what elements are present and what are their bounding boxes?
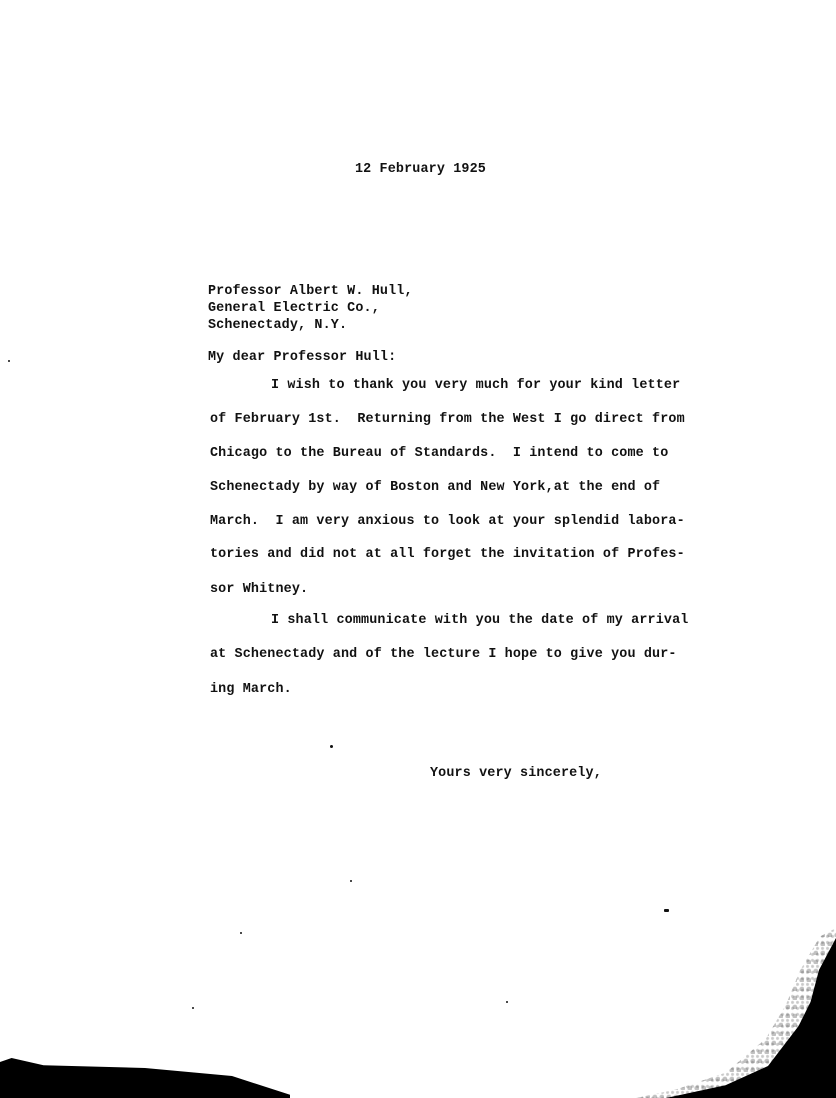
paragraph-line: tories and did not at all forget the inv… [210, 547, 685, 563]
recipient-name: Professor Albert W. Hull, [208, 284, 413, 300]
salutation: My dear Professor Hull: [208, 350, 396, 366]
letter-date: 12 February 1925 [355, 162, 486, 178]
letter-page: 12 February 1925 Professor Albert W. Hul… [0, 0, 836, 1098]
scan-speck [350, 880, 352, 882]
scan-speck [192, 1007, 194, 1009]
paragraph-line: at Schenectady and of the lecture I hope… [210, 647, 677, 663]
recipient-company: General Electric Co., [208, 301, 380, 317]
scan-shadow-bottom-left [0, 1058, 290, 1098]
scan-speck [506, 1001, 508, 1003]
scan-speck [8, 360, 10, 362]
recipient-city: Schenectady, N.Y. [208, 318, 347, 334]
scan-speck [330, 745, 333, 748]
paragraph-line: I wish to thank you very much for your k… [271, 378, 680, 394]
paragraph-line: I shall communicate with you the date of… [271, 613, 688, 629]
paragraph-line: ing March. [210, 682, 292, 698]
scan-speck [240, 932, 242, 934]
paragraph-line: sor Whitney. [210, 582, 308, 598]
paragraph-line: of February 1st. Returning from the West… [210, 412, 685, 428]
closing: Yours very sincerely, [430, 766, 602, 782]
paragraph-line: Schenectady by way of Boston and New Yor… [210, 480, 660, 496]
paragraph-line: Chicago to the Bureau of Standards. I in… [210, 446, 668, 462]
paragraph-line: March. I am very anxious to look at your… [210, 514, 685, 530]
scan-speck [664, 909, 669, 912]
